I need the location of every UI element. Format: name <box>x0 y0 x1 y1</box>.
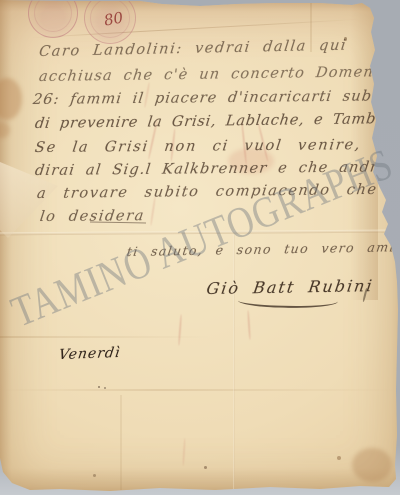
letter-line: Caro Landolini: vedrai dalla qui <box>38 38 348 60</box>
ink-speck <box>98 386 100 388</box>
crease-line <box>30 19 360 38</box>
show-through-stroke <box>182 438 185 466</box>
crease-line <box>120 395 122 490</box>
letter-line: a trovare subito compiacendo che <box>36 182 379 202</box>
foxing-stain <box>352 448 392 482</box>
ink-speck <box>204 466 207 469</box>
stamp-inner-ring <box>34 0 72 32</box>
letter-paper: 80 Caro Landolini: vedrai dalla qui acch… <box>0 0 400 495</box>
scanned-letter-photo: 80 Caro Landolini: vedrai dalla qui acch… <box>0 0 400 495</box>
ink-speck <box>104 387 106 389</box>
pen-flourish <box>90 222 146 226</box>
foxing-stain <box>0 78 22 120</box>
letter-line: di prevenire la Grisi, Lablache, e Tambu… <box>34 111 400 132</box>
fold-line <box>233 235 235 493</box>
crease-line <box>0 389 398 391</box>
crease-line <box>0 336 210 338</box>
ink-speck <box>337 456 341 460</box>
show-through-stroke <box>247 310 251 340</box>
letter-line: acchiusa che c'è un concerto Domenica <box>38 64 400 85</box>
archival-number: 80 <box>103 8 125 29</box>
letter-line: 26: fammi il piacere d'incaricarti subit… <box>32 88 396 108</box>
letter-line: dirai al Sig.l Kalkbrenner e che andrai <box>34 159 395 179</box>
letter-line: Se la Grisi non ci vuol venire, lo <box>34 137 395 156</box>
edge-shading <box>0 0 12 495</box>
dateline: Venerdì <box>58 345 122 363</box>
edge-shading <box>0 468 400 494</box>
signature-flourish <box>238 292 338 309</box>
letter-closing: ti saluto, e sono tuo vero amico <box>126 239 400 259</box>
show-through-stroke <box>178 314 182 346</box>
foxing-stain <box>0 122 10 138</box>
ink-speck <box>93 474 96 477</box>
circular-stamp-icon <box>28 0 78 38</box>
fold-line <box>0 230 386 236</box>
